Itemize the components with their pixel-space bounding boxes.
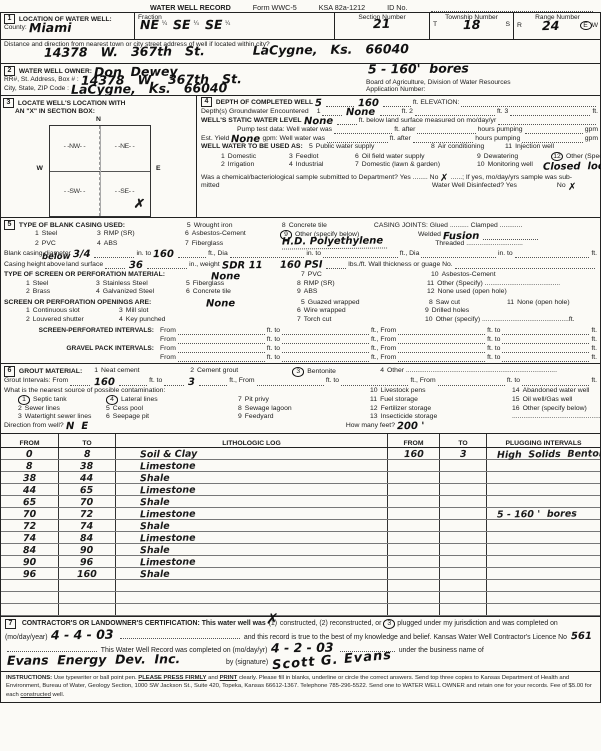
interval-row: From ft. to ft., From ft. to ft. <box>4 353 597 362</box>
lith-from: 84 <box>23 547 36 555</box>
section-4-depth: 4 DEPTH OF COMPLETED WELL 5 160 ft. ELEV… <box>197 96 600 217</box>
plug-from: 160 <box>404 451 424 459</box>
opening-option: 7Torch cut <box>297 316 425 324</box>
feet-value: 200 ' <box>397 422 425 431</box>
screen-option: 9ABS <box>297 288 427 296</box>
ft-to-label: ft. to <box>267 345 280 353</box>
disinfected-no-label: No <box>557 182 566 190</box>
fraction-1-value: NE <box>140 19 159 30</box>
press-firmly-text: PLEASE PRESS FIRMLY <box>138 675 206 681</box>
lith-description: Limestone <box>140 559 196 567</box>
casing-option: TYPE OF BLANK CASING USED: <box>19 222 187 230</box>
ft-to-label: ft. to <box>487 354 500 362</box>
contamination-option: 7Pit privy <box>238 396 370 404</box>
contamination-option: 3Watertight sewer lines <box>18 413 106 421</box>
use-options-line3: 2Irrigation4Industrial7Domestic (lawn & … <box>201 161 541 169</box>
casing-option <box>17 230 35 239</box>
north-label: N <box>96 116 101 123</box>
plug-to: 3 <box>460 451 467 459</box>
col-to-1: TO <box>58 434 115 447</box>
bores-note: 5 - 160' bores <box>368 62 469 74</box>
lith-from: 8 <box>26 463 33 471</box>
opening-option: 11None (open hole) <box>507 299 574 307</box>
instructions-block: INSTRUCTIONS: Use typewriter or ball poi… <box>0 671 601 703</box>
table-row <box>1 604 600 616</box>
opening-option: 2Louvered shutter <box>26 316 119 324</box>
weight-label: in., weight <box>189 261 220 269</box>
lith-from: 96 <box>23 571 36 579</box>
table-row: 90 96 Limestone <box>1 556 600 568</box>
ft-label: ft. <box>591 354 597 362</box>
use-option: 5Public water supply <box>309 143 431 151</box>
use-options-line1: WELL WATER TO BE USED AS:5Public water s… <box>201 143 598 151</box>
opening-option: SCREEN OR PERFORATION OPENINGS ARE: <box>4 299 204 307</box>
screen-option: 1Steel <box>26 280 96 288</box>
section-3-4-row: 3 LOCATE WELL'S LOCATION WITH AN "X" IN … <box>0 95 601 218</box>
from-label: From <box>160 354 176 362</box>
distance-value: 14378 W. 367th St. LaCygne, Ks. 66040 <box>44 43 409 58</box>
in-to-label: in. to <box>136 250 151 258</box>
ft-to-label: ft. to <box>507 377 520 385</box>
plugged-circled-3: 3 <box>383 619 395 629</box>
groundwater-ft-label: ft. <box>592 108 598 116</box>
table-header-row: FROM TO LITHOLOGIC LOG FROM TO PLUGGING … <box>1 434 600 448</box>
lith-to: 44 <box>80 475 93 483</box>
static-level-label: WELL'S STATIC WATER LEVEL <box>201 117 302 125</box>
use-other-hw-value: Closed loop Heat Pump <box>543 161 601 171</box>
owner-city-label: City, State, ZIP Code : <box>4 85 69 93</box>
section-6-grout: 6 GROUT MATERIAL: 1Neat cement2Cement gr… <box>0 363 601 434</box>
section-box: - -NW- - - -NE- - - -SW- - - -SE- - ✗ <box>49 125 151 217</box>
lith-to: 38 <box>80 463 93 471</box>
lith-description: Shale <box>140 475 170 483</box>
fraction-3-value: SE <box>205 19 223 30</box>
interval-row: GRAVEL PACK INTERVALS: From ft. to ft., … <box>4 344 597 353</box>
opening-option: 10Other (specify) ......................… <box>425 316 579 324</box>
application-number-label: Application Number: <box>366 86 596 93</box>
board-label: Board of Agriculture, Division of Water … <box>366 79 596 86</box>
lith-from: 65 <box>23 499 36 507</box>
contamination-option: What is the nearest source of possible c… <box>4 387 370 395</box>
use-option: 12Other (Specify below) <box>551 152 601 161</box>
section-5-casing: 5 TYPE OF BLANK CASING USED:5Wrought iro… <box>0 217 601 364</box>
use-option: 3Feedlot <box>289 153 355 161</box>
casing-option: 8Concrete tile <box>282 222 374 230</box>
yield-rest: gpm: Well water was <box>262 135 325 143</box>
vertical-mid-line <box>100 126 101 216</box>
direction-label: Direction from well? <box>4 422 64 430</box>
table-body: 0 8 Soil & Clay 160 3 High Solids Benton… <box>1 448 600 616</box>
range-cell: Range Number R 24 EW <box>513 13 601 39</box>
table-row: 84 90 Shale <box>1 544 600 556</box>
ft-label: ft. <box>591 345 597 353</box>
casing-option: 2PVC <box>35 240 97 248</box>
table-row: 0 8 Soil & Clay 160 3 High Solids Benton… <box>1 448 600 460</box>
use-option: 2Irrigation <box>221 161 289 169</box>
use-option: 7Domestic (lawn & garden) <box>355 161 477 169</box>
lith-from: 70 <box>23 511 36 519</box>
table-row: 70 72 Limestone 5 - 160 ' bores <box>1 508 600 520</box>
after-label: ft. after <box>394 126 415 134</box>
in-to-label: in. to <box>498 250 513 258</box>
casing-option <box>17 240 35 248</box>
interval-row: SCREEN-PERFORATED INTERVALS: From ft. to… <box>4 326 597 335</box>
ft-to-label: ft. to <box>326 377 339 385</box>
screen-option: 8RMP (SR) <box>297 280 427 288</box>
ft-to-label: ft. to <box>487 327 500 335</box>
screen-option: 4Galvanized Steel <box>96 288 186 296</box>
plug-description: High Solids Bentonite <box>497 451 601 460</box>
ft-to-label: ft. to <box>487 336 500 344</box>
county-value: Miami <box>29 22 72 34</box>
section-3-subtitle: AN "X" IN SECTION BOX: <box>1 108 196 115</box>
opening-option: 9Drilled holes <box>425 307 473 315</box>
pumping-label: hours pumping <box>478 126 523 134</box>
ft-to-label: ft. to <box>487 345 500 353</box>
openings-row2: 1Continuous slot3Mill slot6Wire wrapped9… <box>1 307 600 315</box>
ft-dia-label: ft., Dia <box>208 250 228 258</box>
section-2-number: 2 <box>4 66 15 76</box>
nw-quadrant-label: - -NW- - <box>50 143 100 150</box>
business-name-label: under the business name of <box>399 647 484 654</box>
casing-option: 1Steel <box>35 230 97 239</box>
owner-address-label: RR#, St. Address, Box # : <box>4 76 79 84</box>
table-row: 96 160 Shale <box>1 568 600 580</box>
contamination-option: 10Livestock pens <box>370 387 512 395</box>
screen-option: 12None used (open hole) <box>427 288 511 296</box>
water-well-record-form: WATER WELL RECORD Form WWC-5 KSA 82a-121… <box>0 0 601 751</box>
casing-row1: TYPE OF BLANK CASING USED:5Wrought iron8… <box>19 222 374 230</box>
contamination-option: ........................................… <box>512 413 601 421</box>
range-west-label: W <box>592 22 598 29</box>
openings-row1: SCREEN OR PERFORATION OPENINGS ARE:None5… <box>1 297 600 307</box>
lith-description: Limestone <box>140 535 196 543</box>
township-cell: Township Number T 18 S <box>429 13 513 39</box>
ft-from-label: ft., From <box>371 354 396 362</box>
section-4-number: 4 <box>201 97 212 107</box>
depth-count-hw: 5 <box>315 99 322 108</box>
sample-question-rest: ......; If yes, mo/day/yrs sample was su… <box>451 174 572 182</box>
section-grid-diagram: N S W E - -NW- - - -NE- - - -SW- - - -SE… <box>19 118 179 222</box>
lith-to: 96 <box>80 559 93 567</box>
pumping-label: hours pumping <box>475 135 520 143</box>
lith-description: Limestone <box>140 463 196 471</box>
screen-option: 3Stainless Steel <box>96 280 186 288</box>
contamination-option: 9Feedyard <box>238 413 370 421</box>
after-label: ft. after <box>390 135 411 143</box>
fraction-2-value: SE <box>173 19 191 30</box>
grout-option: 1Neat cement <box>94 367 190 376</box>
table-row: 44 65 Limestone <box>1 484 600 496</box>
lith-from: 44 <box>23 487 36 495</box>
county-label: County: <box>4 24 27 32</box>
ft-to-label: ft. to <box>267 336 280 344</box>
lith-description: Limestone <box>140 487 196 495</box>
section-1-location: 1 LOCATION OF WATER WELL: County: Miami … <box>0 12 601 64</box>
screen-option: 11Other (Specify) ......................… <box>427 280 564 288</box>
opening-option: 8Saw cut <box>429 299 507 307</box>
wall-thickness-label: lbs./ft. Wall thickness or guage No. <box>348 261 452 269</box>
range-r-label: R <box>517 22 522 30</box>
casing-option: 5Wrought iron <box>187 222 282 230</box>
lith-description: Shale <box>140 499 170 507</box>
range-value: 24 <box>542 20 560 31</box>
interval-rows: SCREEN-PERFORATED INTERVALS: From ft. to… <box>1 324 600 362</box>
west-label: W <box>37 165 43 172</box>
ft-from-label: ft., From <box>371 336 396 344</box>
lith-description: Shale <box>140 523 170 531</box>
form-title: WATER WELL RECORD <box>150 3 231 12</box>
constructed-mark: (1)✗ <box>268 619 278 630</box>
opening-option: None <box>206 299 299 309</box>
section-number-cell: Section Number 21 <box>334 13 429 39</box>
form-number: Form WWC-5 <box>253 3 297 12</box>
table-row: 8 38 Limestone <box>1 460 600 472</box>
section-4-title: DEPTH OF COMPLETED WELL <box>216 99 313 107</box>
gpm-label: gpm <box>585 135 598 143</box>
contamination-option: 12Fertilizer storage <box>370 405 512 413</box>
quarter-symbol: ¼ <box>225 21 230 29</box>
col-lithologic-log: LITHOLOGIC LOG <box>115 434 387 447</box>
ft-to-label: ft. to <box>149 377 162 385</box>
table-row <box>1 592 600 604</box>
land-surface-label: land surface <box>66 261 103 269</box>
grout-title: GROUT MATERIAL: <box>19 368 82 376</box>
casing-height-label: Casing height <box>4 261 46 269</box>
casing-option: 6Asbestos-Cement <box>185 230 280 239</box>
in-to-label: in. to <box>306 250 321 258</box>
use-option: 10Monitoring well <box>477 161 541 169</box>
contamination-option: 14Abandoned water well <box>512 387 593 395</box>
table-row: 72 74 Shale <box>1 520 600 532</box>
lithologic-table: FROM TO LITHOLOGIC LOG FROM TO PLUGGING … <box>0 433 601 617</box>
weight-value: SDR 11 160 PSI <box>222 261 323 271</box>
groundwater-3-label: ft. 3 <box>497 108 508 116</box>
ft-label: ft. <box>591 250 597 258</box>
county-cell: 1 LOCATION OF WATER WELL: County: Miami <box>1 13 134 39</box>
lith-to: 8 <box>84 451 91 459</box>
section-7-certification: 7 CONTRACTOR'S OR LANDOWNER'S CERTIFICAT… <box>0 616 601 672</box>
casing-joints-line1: CASING JOINTS: Glued .......... Clamped … <box>374 222 522 230</box>
township-t-label: T <box>433 21 437 29</box>
ft-label: ft. <box>591 336 597 344</box>
sample-no-x: ✗ <box>440 174 448 183</box>
lith-to: 74 <box>80 523 93 531</box>
lith-from: 90 <box>23 559 36 567</box>
id-number-blank <box>431 3 593 12</box>
section-7-number: 7 <box>5 619 16 629</box>
from-label: From <box>160 345 176 353</box>
lith-to: 90 <box>80 547 93 555</box>
lith-to: 70 <box>80 499 93 507</box>
section-number-value: 21 <box>373 18 391 29</box>
below-hw-correction: below <box>42 254 71 262</box>
section-1-number: 1 <box>4 14 15 24</box>
groundwater-1-value: None <box>346 108 375 117</box>
screen-option: None <box>211 271 299 281</box>
contamination-option: 13Insecticide storage <box>370 413 512 421</box>
elevation-label: ft. ELEVATION: <box>413 99 460 107</box>
use-option: 6Oil field water supply <box>355 153 477 161</box>
record-date-value: 4 - 2 - 03 <box>271 642 334 654</box>
welded-value: Fusion <box>443 232 479 241</box>
ft-from-label: ft., From <box>371 345 396 353</box>
business-name-value: Evans Energy Dev. Inc. <box>7 653 180 666</box>
groundwater-label: Depth(s) Groundwater Encountered <box>201 108 309 116</box>
section-3-title: LOCATE WELL'S LOCATION WITH <box>18 100 126 108</box>
print-text: PRINT <box>220 675 238 681</box>
id-number-label: ID No. <box>387 3 407 12</box>
certification-title: CONTRACTOR'S OR LANDOWNER'S CERTIFICATIO… <box>22 620 266 627</box>
contamination-option: 4Lateral lines <box>106 395 238 404</box>
casing-option: 3RMP (SR) <box>97 230 185 239</box>
lith-description: Limestone <box>140 511 196 519</box>
contamination-option: 5Cess pool <box>106 405 238 413</box>
col-to-2: TO <box>439 434 486 447</box>
township-value: 18 <box>463 19 481 30</box>
contamination-row1: What is the nearest source of possible c… <box>1 386 600 395</box>
completed-date-value: 4 - 4 - 03 <box>51 628 114 640</box>
welded-label: Welded <box>418 231 441 239</box>
gpm-label: gpm <box>585 126 598 134</box>
lith-from: 74 <box>23 535 36 543</box>
quarter-symbol: ¼ <box>162 21 167 29</box>
grout-option: 2Cement grout <box>190 367 292 376</box>
licence-number-value: 561 <box>571 632 592 641</box>
use-option: 1Domestic <box>221 153 289 161</box>
ft-label: ft. <box>591 377 597 385</box>
contamination-option: 8Sewage lagoon <box>238 405 370 413</box>
screen-material-row3: 2Brass4Galvanized Steel6Concrete tile9AB… <box>1 288 600 296</box>
range-ew-labels: EW <box>580 21 598 30</box>
constructed-x-mark: ✗ <box>265 613 278 627</box>
direction-value: N E <box>66 422 88 431</box>
casing-depth-value: 160 <box>153 250 174 259</box>
se-quadrant-label: - -SE- - <box>100 188 150 195</box>
fraction-label: Fraction <box>138 14 331 21</box>
ft-to-label: ft. to <box>267 327 280 335</box>
instructions-text-4: well. <box>53 692 65 698</box>
section-2-owner: 2 WATER WELL OWNER: Don Dewey RR#, St. A… <box>0 63 601 96</box>
east-label: E <box>156 165 161 172</box>
casing-diameter-value: 3/4 <box>73 250 91 259</box>
well-location-x-mark: ✗ <box>133 196 146 213</box>
use-option: 9Dewatering <box>477 153 551 161</box>
owner-city-value: LaCygne, Ks. 66040 <box>71 82 227 95</box>
sw-quadrant-label: - -SW- - <box>50 188 100 195</box>
contamination-option: 16Other (specify below) <box>512 405 591 413</box>
openings-row3: 2Louvered shutter4Key punched7Torch cut1… <box>1 316 600 324</box>
yield-label: Est. Yield <box>201 135 229 143</box>
lith-description: Shale <box>140 571 170 579</box>
table-row <box>1 580 600 592</box>
disinfected-no-x: ✗ <box>568 183 576 192</box>
range-east-circled: E <box>580 21 592 30</box>
instructions-and: and <box>208 675 218 681</box>
sample-question: Was a chemical/bacteriological sample su… <box>201 174 438 182</box>
ft-label: ft. <box>591 327 597 335</box>
grout-option: 4Other .................................… <box>380 367 561 376</box>
grout-intervals-label: Grout Intervals: From <box>4 377 68 385</box>
contamination-row3: 2Sewer lines5Cess pool8Sewage lagoon12Fe… <box>1 405 600 413</box>
certification-text-4b: Water Well Contractor's Licence No <box>458 634 567 641</box>
screen-option: 7PVC <box>301 271 431 279</box>
grout-options: 1Neat cement2Cement grout3Bentonite4Othe… <box>94 367 597 376</box>
section-6-number: 6 <box>4 366 15 376</box>
opening-option: 6Wire wrapped <box>297 307 425 315</box>
lith-from: 72 <box>23 523 36 531</box>
static-level-value: None <box>304 117 333 126</box>
casing-height-value: 36 <box>129 261 143 270</box>
opening-option: 4Key punched <box>119 316 297 324</box>
table-row: 65 70 Shale <box>1 496 600 508</box>
opening-option: 5Guazed wrapped <box>301 299 429 307</box>
screen-option: TYPE OF SCREEN OR PERFORATION MATERIAL: <box>4 271 209 279</box>
fraction-cell: Fraction NE¼ SE¼ SE¼ <box>134 13 334 39</box>
table-row: 38 44 Shale <box>1 472 600 484</box>
contamination-option: 11Fuel storage <box>370 396 512 404</box>
quarter-symbol: ¼ <box>194 21 199 29</box>
lith-description: Soil & Clay <box>140 451 197 459</box>
use-option: 4Industrial <box>289 161 355 169</box>
use-option: 11Injection well <box>505 143 558 151</box>
static-level-rest: ft. below land surface measured on mo/da… <box>359 117 497 125</box>
lith-description: Shale <box>140 547 170 555</box>
casing-option: H.D. Polyethylene <box>282 236 387 250</box>
contamination-row2: 1Septic tank4Lateral lines7Pit privy11Fu… <box>1 395 600 404</box>
lith-to: 72 <box>80 511 93 519</box>
sample-question-cont: mitted <box>201 182 220 190</box>
contamination-option: 2Sewer lines <box>18 405 106 413</box>
ft-from-label: ft., From <box>410 377 435 385</box>
lith-to: 84 <box>80 535 93 543</box>
instructions-text-1: Use typewriter or ball point pen. <box>54 675 137 681</box>
col-plugging-intervals: PLUGGING INTERVALS <box>486 434 600 447</box>
section-3-number: 3 <box>3 98 14 108</box>
section-5-number: 5 <box>4 220 15 230</box>
from-label: From <box>160 327 176 335</box>
screen-option: 2Brass <box>26 288 96 296</box>
ft-from-label: ft., From <box>371 327 396 335</box>
form-statute: KSA 82a-1212 <box>319 3 365 12</box>
screen-material-row1: TYPE OF SCREEN OR PERFORATION MATERIAL:N… <box>1 270 600 279</box>
screen-option: 10Asbestos-Cement <box>431 271 500 279</box>
grout-to-value: 3 <box>188 378 195 387</box>
ft-from-label: ft., From <box>229 377 254 385</box>
opening-option: 1Continuous slot <box>26 307 119 315</box>
contamination-option: 6Seepage pit <box>106 413 238 421</box>
interval-row: From ft. to ft., From ft. to ft. <box>4 335 597 344</box>
table-row: 74 84 Limestone <box>1 532 600 544</box>
screen-option: 6Concrete tile <box>186 288 297 296</box>
lith-from: 0 <box>26 451 33 459</box>
section-3-location-box: 3 LOCATE WELL'S LOCATION WITH AN "X" IN … <box>1 96 197 217</box>
certification-text-2: constructed, (2) reconstructed, or <box>280 620 382 627</box>
contamination-option: 15Oil well/Gas well <box>512 396 576 404</box>
col-from-2: FROM <box>387 434 439 447</box>
use-option: 8Air conditioning <box>431 143 505 151</box>
use-options-line2: 1Domestic3Feedlot6Oil field water supply… <box>201 152 598 161</box>
yield-value: None <box>231 135 260 144</box>
ft-dia-label: ft., Dia <box>400 250 420 258</box>
from-label: From <box>160 336 176 344</box>
lith-to: 65 <box>80 487 93 495</box>
grout-from-value: 160 <box>94 378 115 387</box>
lith-to: 160 <box>77 571 97 579</box>
groundwater-2-label: ft. 2 <box>402 108 413 116</box>
grout-option: 3Bentonite <box>292 367 380 376</box>
col-from-1: FROM <box>1 434 58 447</box>
